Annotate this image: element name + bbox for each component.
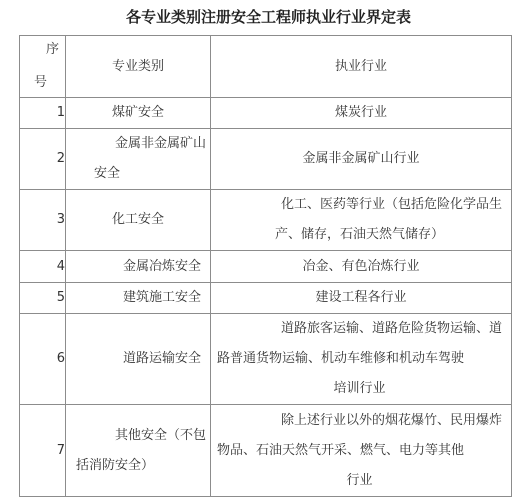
row-industry: 建设工程各行业: [211, 283, 512, 314]
header-seq-line2: 号: [34, 73, 47, 93]
table-row: 4 金属冶炼安全 冶金、有色冶炼行业: [20, 251, 512, 283]
row-industry: 道路旅客运输、道路危险货物运输、道 路普通货物运输、机动车维修和机动车驾驶 培训…: [211, 314, 512, 405]
table-row: 5 建筑施工安全 建设工程各行业: [20, 283, 512, 314]
row-industry: 除上述行业以外的烟花爆竹、民用爆炸 物品、石油天然气开采、燃气、电力等其他 行业: [211, 405, 512, 497]
table-row: 2 金属非金属矿山 安全 金属非金属矿山行业: [20, 129, 512, 190]
row-category: 金属冶炼安全: [66, 251, 211, 283]
row-category: 道路运输安全: [66, 314, 211, 405]
header-category: 专业类别: [66, 36, 211, 98]
row-category: 煤矿安全: [66, 98, 211, 129]
row-number: 7: [20, 405, 66, 497]
header-seq-line1: 序: [46, 40, 59, 60]
row-number: 6: [20, 314, 66, 405]
row-category: 金属非金属矿山 安全: [66, 129, 211, 190]
row-number: 4: [20, 251, 66, 283]
page-title: 各专业类别注册安全工程师执业行业界定表: [0, 6, 527, 27]
row-number: 2: [20, 129, 66, 190]
row-number: 3: [20, 190, 66, 251]
row-category: 化工安全: [66, 190, 211, 251]
row-category: 其他安全（不包 括消防安全）: [66, 405, 211, 497]
table-row: 6 道路运输安全 道路旅客运输、道路危险货物运输、道 路普通货物运输、机动车维修…: [20, 314, 512, 405]
row-industry: 化工、医药等行业（包括危险化学品生 产、储存，石油天然气储存）: [211, 190, 512, 251]
table-row: 1 煤矿安全 煤炭行业: [20, 98, 512, 129]
row-category: 建筑施工安全: [66, 283, 211, 314]
table-row: 3 化工安全 化工、医药等行业（包括危险化学品生 产、储存，石油天然气储存）: [20, 190, 512, 251]
table-header-row: 序 号 专业类别 执业行业: [20, 36, 512, 98]
row-industry: 煤炭行业: [211, 98, 512, 129]
table-row: 7 其他安全（不包 括消防安全） 除上述行业以外的烟花爆竹、民用爆炸 物品、石油…: [20, 405, 512, 497]
header-seq: 序 号: [20, 36, 66, 98]
header-industry: 执业行业: [211, 36, 512, 98]
industry-definition-table: 序 号 专业类别 执业行业 1 煤矿安全 煤炭行业 2 金属非金属矿山 安全 金…: [19, 35, 512, 497]
row-industry: 金属非金属矿山行业: [211, 129, 512, 190]
row-number: 1: [20, 98, 66, 129]
row-number: 5: [20, 283, 66, 314]
row-industry: 冶金、有色冶炼行业: [211, 251, 512, 283]
